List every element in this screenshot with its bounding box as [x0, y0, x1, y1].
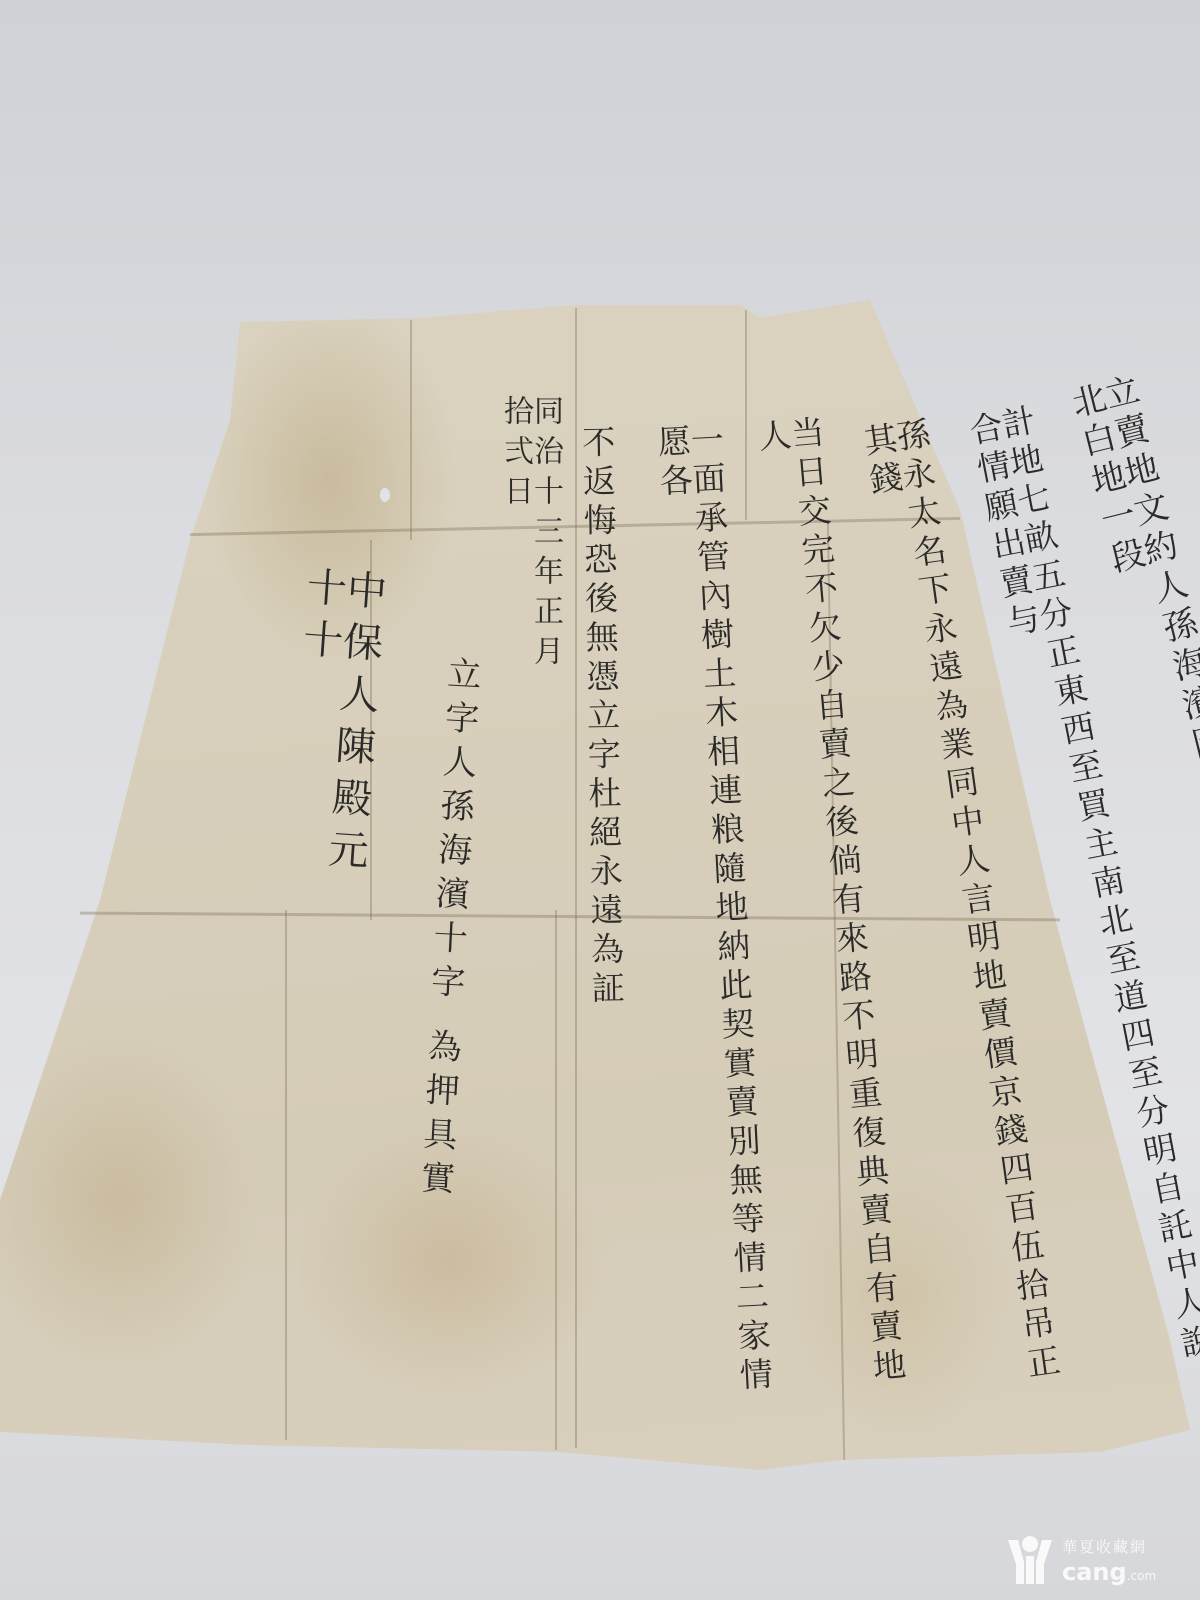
document-photo: 立賣地文約人孫海濱因乏用今將自置民地此地坐落村南南北白地一段 計地七畝五分正東西… [0, 0, 1200, 1600]
fold-line [410, 320, 412, 540]
watermark-domain: cang.com [1062, 1558, 1156, 1586]
fold-line [555, 910, 557, 1450]
watermark-chinese: 華夏收藏網 [1062, 1536, 1147, 1557]
fold-line [745, 310, 747, 520]
cang-watermark: 華夏收藏網 cang.com [1004, 1530, 1184, 1590]
contract-column-6: 不返悔恐後無憑立字杜絕永遠為証 [580, 424, 624, 1044]
fold-line [575, 308, 577, 1448]
cang-logo-icon [1004, 1534, 1056, 1586]
date-column: 同治十三年正月拾弍日 [500, 395, 560, 675]
fold-line [285, 910, 287, 1440]
paper-hole [380, 488, 390, 502]
